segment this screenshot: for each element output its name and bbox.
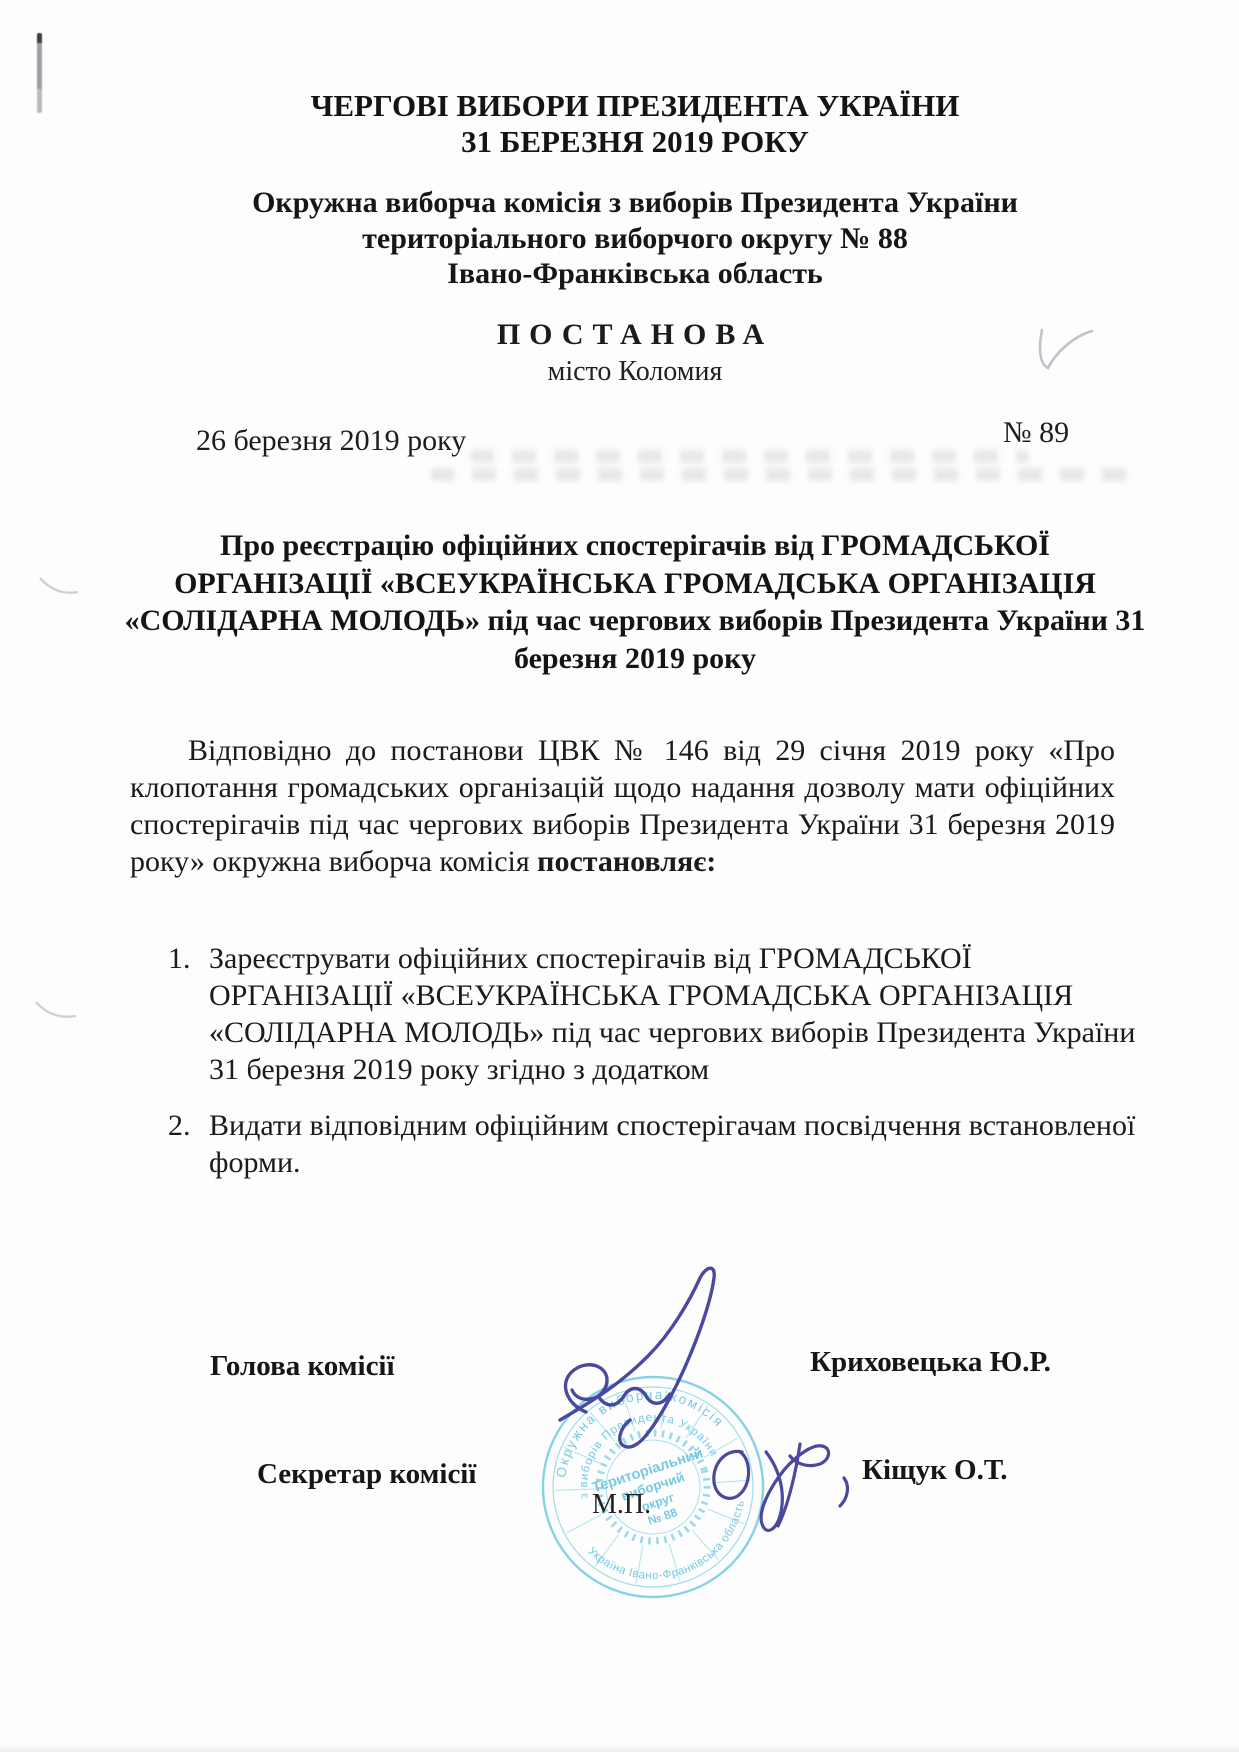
scan-bottom-shadow: [0, 1744, 1239, 1752]
intro-paragraph: Відповідно до постанови ЦВК № 146 від 29…: [130, 732, 1115, 880]
scan-staple-artifact: [37, 33, 42, 113]
document-number: № 89: [1003, 416, 1069, 450]
secretary-name: Кіщук О.Т.: [862, 1454, 1008, 1487]
item-number: 1.: [168, 940, 209, 1088]
intro-paragraph-resolves: постановляє:: [537, 845, 716, 878]
margin-curl-artifact: [40, 578, 78, 593]
head-name: Криховецька Ю.Р.: [810, 1346, 1051, 1379]
document-type-title: ПОСТАНОВА: [115, 318, 1155, 352]
subject-heading-line: «СОЛІДАРНА МОЛОДЬ» під час чергових вибо…: [115, 602, 1155, 640]
secretary-title: Секретар комісії: [257, 1458, 476, 1491]
document-city: місто Коломия: [115, 356, 1155, 388]
item-number: 2.: [168, 1107, 209, 1181]
ghost-bleedthrough-line: [430, 468, 1130, 481]
subject-heading-line: Про реєстрацію офіційних спостерігачів в…: [115, 527, 1155, 565]
head-title: Голова комісії: [210, 1350, 395, 1383]
seal-place-abbr: М.П.: [592, 1489, 651, 1521]
item-text: Зареєструвати офіційних спостерігачів ві…: [209, 940, 1143, 1088]
resolution-item: 2. Видати відповідним офіційним спостері…: [168, 1107, 1143, 1181]
scanned-resolution-document: ЧЕРГОВІ ВИБОРИ ПРЕЗИДЕНТА УКРАЇНИ 31 БЕР…: [0, 0, 1239, 1752]
subject-heading-line: березня 2019 року: [115, 640, 1155, 678]
ghost-bleedthrough-line: [470, 450, 1030, 463]
item-text: Видати відповідним офіційним спостерігач…: [209, 1107, 1143, 1181]
commission-name-line2: територіального виборчого округу № 88: [115, 221, 1155, 257]
margin-curl-artifact: [36, 1002, 76, 1017]
election-title-line2: 31 БЕРЕЗНЯ 2019 РОКУ: [115, 124, 1155, 160]
election-title-line1: ЧЕРГОВІ ВИБОРИ ПРЕЗИДЕНТА УКРАЇНИ: [115, 88, 1155, 124]
round-commission-stamp: Окружна виборча комісія з виборів Презид…: [528, 1362, 778, 1612]
subject-heading-line: ОРГАНІЗАЦІЇ «ВСЕУКРАЇНСЬКА ГРОМАДСЬКА ОР…: [115, 565, 1155, 603]
commission-name-line3: Івано-Франківська область: [115, 256, 1155, 292]
resolution-item: 1. Зареєструвати офіційних спостерігачів…: [168, 940, 1143, 1088]
document-date: 26 березня 2019 року: [196, 424, 466, 458]
commission-name-line1: Окружна виборча комісія з виборів Презид…: [115, 185, 1155, 221]
